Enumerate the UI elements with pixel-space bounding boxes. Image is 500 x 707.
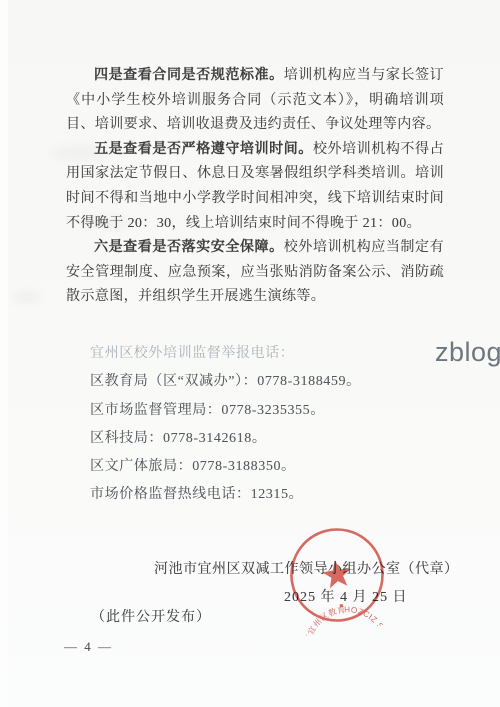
official-seal: HOZCIZ SI YICGOUH GIH GYAUYUZ GIZ 河池市宜州区…	[274, 512, 400, 638]
zblog-watermark: zblog	[435, 337, 500, 368]
hotline-section: 宜州区校外培训监督举报电话： 区教育局（区“双减办”）：0778-3188459…	[90, 340, 420, 510]
page-number: — 4 —	[64, 639, 113, 655]
hotline-item: 市场价格监督热线电话：12315。	[90, 481, 420, 509]
public-release-note: （此件公开发布）	[91, 606, 211, 626]
seal-star-icon	[321, 558, 353, 589]
paragraph: 四是查看合同是否规范标准。培训机构应当与家长签订《中小学生校外培训服务合同（示范…	[66, 64, 444, 138]
hotline-item: 区科技局：0778-3142618。	[90, 425, 420, 453]
document-body: 四是查看合同是否规范标准。培训机构应当与家长签订《中小学生校外培训服务合同（示范…	[66, 64, 444, 310]
paragraph-lead: 四是查看合同是否规范标准。	[94, 68, 284, 83]
paragraph-lead: 六是查看是否落实安全保障。	[94, 240, 284, 255]
scanned-document-page: 四是查看合同是否规范标准。培训机构应当与家长签订《中小学生校外培训服务合同（示范…	[0, 0, 500, 707]
hotline-item: 区教育局（区“双减办”）：0778-3188459。	[90, 368, 420, 396]
paragraph: 五是查看是否严格遵守培训时间。校外培训机构不得占用国家法定节假日、休息日及寒暑假…	[66, 138, 444, 236]
scan-smudge	[12, 290, 42, 304]
hotline-heading: 宜州区校外培训监督举报电话：	[90, 340, 420, 368]
scan-edge-strip	[0, 0, 8, 707]
paragraph: 六是查看是否落实安全保障。校外培训机构应当制定有安全管理制度、应急预案，应当张贴…	[66, 236, 444, 310]
hotline-item: 区市场监督管理局：0778-3235355。	[90, 397, 420, 425]
hotline-item: 区文广体旅局：0778-3188350。	[90, 453, 420, 481]
paragraph-lead: 五是查看是否严格遵守培训时间。	[94, 142, 313, 157]
